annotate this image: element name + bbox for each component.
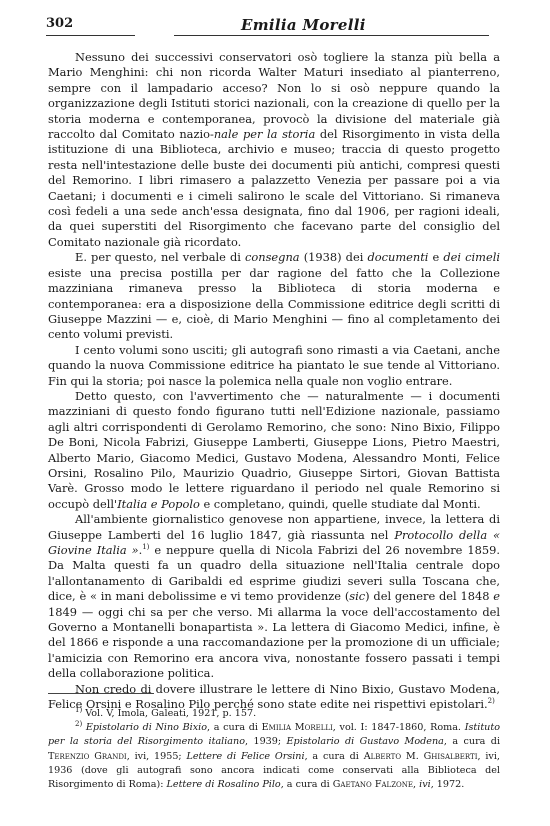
footnotes: 1) Vol. V, Imola, Galeati, 1921, p. 157.… (48, 707, 500, 792)
footnote-2: 2) Epistolario di Nino Bixio, a cura di … (48, 721, 500, 792)
running-head: Emilia Morelli (241, 16, 366, 34)
page-number: 302 (46, 16, 73, 31)
body-text: Nessuno dei successivi conservatori osò … (48, 50, 500, 712)
header-rule-left (46, 35, 135, 36)
footnote-divider (48, 693, 154, 694)
document-page: 302 Emilia Morelli Nessuno dei successiv… (0, 0, 550, 826)
paragraph-1: Nessuno dei successivi conservatori osò … (48, 50, 500, 250)
paragraph-2: E. per questo, nel verbale di consegna (… (48, 250, 500, 342)
footnote-1: 1) Vol. V, Imola, Galeati, 1921, p. 157. (48, 707, 500, 721)
header-rule-right (174, 35, 489, 36)
page-header: 302 Emilia Morelli (46, 14, 496, 38)
paragraph-3: I cento volumi sono usciti; gli autograf… (48, 343, 500, 389)
paragraph-5: All'ambiente giornalistico genovese non … (48, 512, 500, 681)
paragraph-4: Detto questo, con l'avvertimento che — n… (48, 389, 500, 512)
footnote-ref-2: 2) (488, 697, 495, 705)
